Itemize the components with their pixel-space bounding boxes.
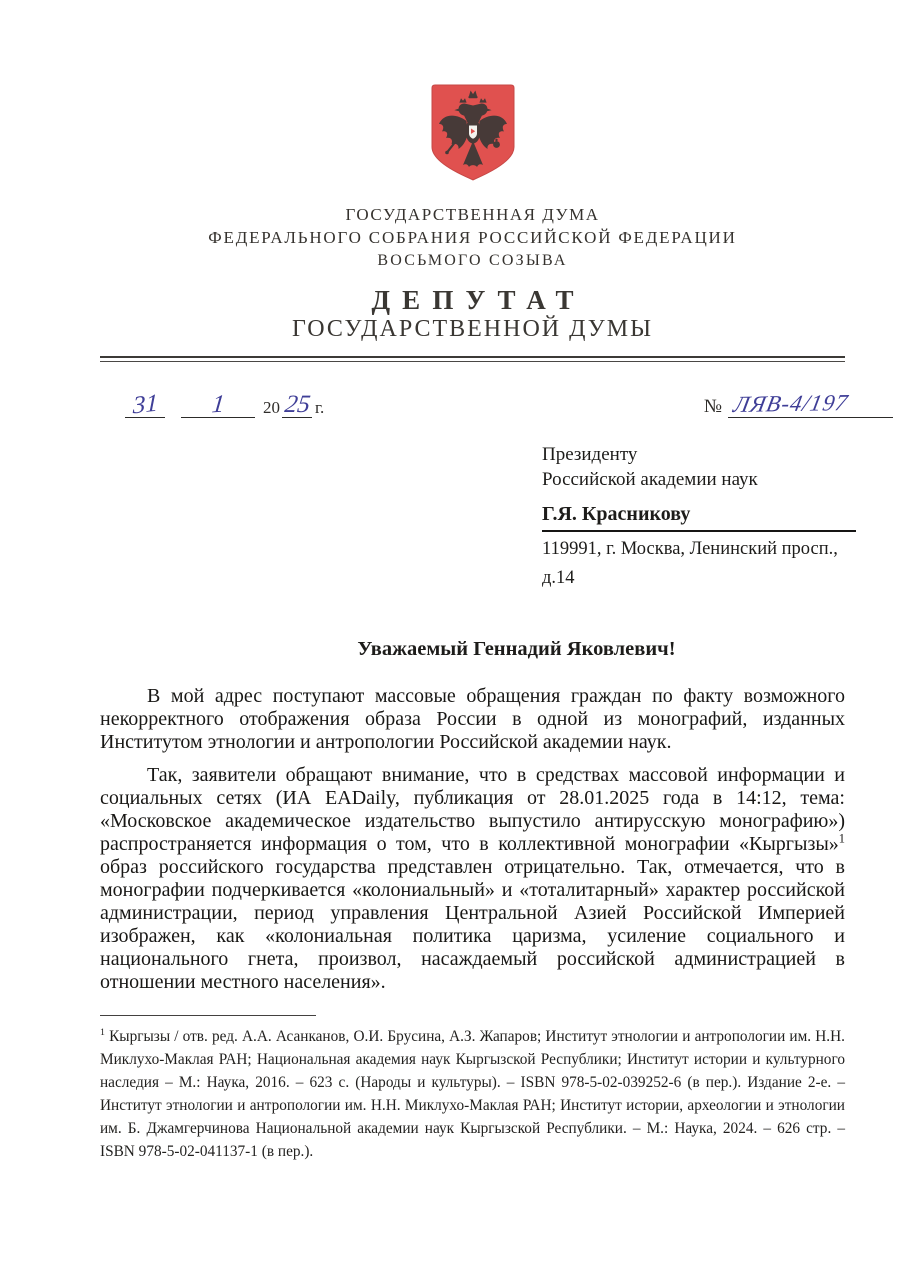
handwritten-day: 31 xyxy=(132,391,158,419)
outgoing-number-group: № ЛЯВ-4/197 xyxy=(704,386,893,418)
date-month-blank: 1 xyxy=(181,386,255,418)
salutation: Уважаемый Геннадий Яковлевич! xyxy=(188,636,845,662)
paragraph-2-text-before-ref: Так, заявители обращают внимание, что в … xyxy=(100,764,845,855)
addressee-line2: Российской академии наук xyxy=(542,467,856,492)
year-suffix: г. xyxy=(315,398,324,418)
year-prefix: 20 xyxy=(263,398,280,418)
dateline-row: 31 1 20 25 г. № ЛЯВ-4/197 xyxy=(100,376,893,418)
footnote-section: 1 Кыргызы / отв. ред. А.А. Асанканов, О.… xyxy=(100,1015,845,1163)
handwritten-month: 1 xyxy=(210,392,225,418)
body-paragraph-1: В мой адрес поступают массовые обращения… xyxy=(100,685,845,754)
letterhead-org-line2: ФЕДЕРАЛЬНОГО СОБРАНИЯ РОССИЙСКОЙ ФЕДЕРАЦ… xyxy=(100,226,845,249)
russia-coat-of-arms-icon xyxy=(430,83,516,183)
letter-page: ГОСУДАРСТВЕННАЯ ДУМА ФЕДЕРАЛЬНОГО СОБРАН… xyxy=(0,0,907,1280)
date-day-blank: 31 xyxy=(125,386,165,418)
addressee-line1: Президенту xyxy=(542,442,856,467)
addressee-address-line1: 119991, г. Москва, Ленинский просп., xyxy=(542,537,856,561)
body-paragraph-2: Так, заявители обращают внимание, что в … xyxy=(100,764,845,994)
handwritten-year: 25 xyxy=(283,392,312,417)
letterhead-org-line1: ГОСУДАРСТВЕННАЯ ДУМА xyxy=(100,203,845,226)
number-blank: ЛЯВ-4/197 xyxy=(728,386,893,418)
double-rule-divider xyxy=(100,356,845,362)
letterhead-org-line3: ВОСЬМОГО СОЗЫВА xyxy=(100,249,845,272)
footnote-separator-rule xyxy=(100,1015,316,1016)
addressee-address-line2: д.14 xyxy=(542,566,856,590)
footnote-number: 1 xyxy=(100,1027,105,1038)
number-sign: № xyxy=(704,396,722,418)
footnote-reference-mark: 1 xyxy=(839,831,845,845)
emblem-container xyxy=(100,83,845,185)
footnote-body: Кыргызы / отв. ред. А.А. Асанканов, О.И.… xyxy=(100,1028,845,1160)
letterhead-title-deputy: ДЕПУТАТ xyxy=(100,285,845,315)
paragraph-2-text-after-ref: образ российского государства представле… xyxy=(100,856,845,993)
date-fields: 31 1 20 25 г. xyxy=(125,386,324,418)
letterhead-subtitle-duma: ГОСУДАРСТВЕННОЙ ДУМЫ xyxy=(100,315,845,343)
letterhead: ГОСУДАРСТВЕННАЯ ДУМА ФЕДЕРАЛЬНОГО СОБРАН… xyxy=(100,203,845,343)
footnote-text: 1 Кыргызы / отв. ред. А.А. Асанканов, О.… xyxy=(100,1021,845,1163)
addressee-block: Президенту Российской академии наук Г.Я.… xyxy=(542,442,856,590)
addressee-name: Г.Я. Красникову xyxy=(542,502,856,532)
handwritten-number: ЛЯВ-4/197 xyxy=(732,391,851,416)
date-year-blank: 25 xyxy=(282,386,312,418)
